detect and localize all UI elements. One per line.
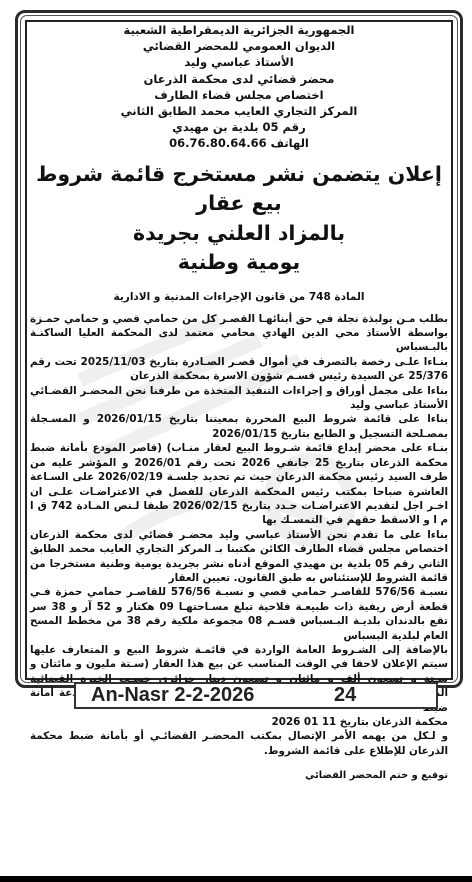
title-line-1: إعلان يتضمن نشر مستخرج قائمة شروط بيع عق… — [30, 160, 448, 219]
publication-footer: An-Nasr 2-2-2026 24 — [74, 682, 438, 709]
paragraph-date: محكمة الذرعان بتاريخ 11 01 2026 — [30, 715, 448, 729]
paragraph-authorization: بنـاءا علـى رخصة بالتصرف في أموال قصـر ا… — [30, 355, 448, 384]
header-line-court: محضر قضائي لدى محكمة الذرعان — [30, 71, 448, 87]
paragraph-conditions-list: بناءا على قائمة شروط البيع المحررة بمعيت… — [30, 412, 448, 441]
paragraph-contact: و لـكل من يهمه الأمر الإتصال بمكتب المحض… — [30, 729, 448, 758]
bottom-black-band — [0, 876, 472, 882]
issuer-header: الجمهورية الجزائرية الديمقراطية الشعبية … — [30, 22, 448, 152]
legal-article-reference: المادة 748 من قانون الإجراءات المدنية و … — [30, 291, 448, 303]
paragraph-request: بطلب مـن بولبذة نجلة في حق أبنائهـا القص… — [30, 312, 448, 355]
header-line-office: الديوان العمومي للمحضر القضائي — [30, 38, 448, 54]
header-line-jurisdiction: اختصاص مجلس قضاء الطارف — [30, 87, 448, 103]
title-line-3: يومية وطنية — [30, 248, 448, 278]
paragraph-deposit-hearing: بنـاء على محضر إيداع قائمة شـروط البيع ل… — [30, 441, 448, 527]
header-line-address: المركز التجاري العايب محمد الطابق الثاني — [30, 103, 448, 119]
signature-line: توقيع و ختم المحضر القضائي — [30, 770, 448, 781]
legal-notice: الجمهورية الجزائرية الديمقراطية الشعبية … — [30, 22, 448, 781]
header-line-country: الجمهورية الجزائرية الديمقراطية الشعبية — [30, 22, 448, 38]
paragraph-property-description: نسبـة 576/56 للقاصـر حمامي قصي و نسبـة 5… — [30, 585, 448, 643]
header-line-municipality: رقم 05 بلدية بن مهيدي — [30, 119, 448, 135]
paragraph-enforcement: بناءا على مجمل أوراق و إجراءات التنفيذ ا… — [30, 384, 448, 413]
header-line-bailiff-name: الأستاذ عباسي وليد — [30, 54, 448, 70]
title-line-2: بالمزاد العلني بجريدة — [30, 219, 448, 249]
header-line-phone: الهاتف 06.76.80.64.66 — [30, 135, 448, 151]
paragraph-publication: بناءا على ما تقدم نحن الأستاذ عباسي وليد… — [30, 528, 448, 586]
notice-title: إعلان يتضمن نشر مستخرج قائمة شروط بيع عق… — [30, 160, 448, 278]
publication-name-date: An-Nasr 2-2-2026 — [91, 684, 254, 707]
page-number: 24 — [334, 684, 356, 707]
